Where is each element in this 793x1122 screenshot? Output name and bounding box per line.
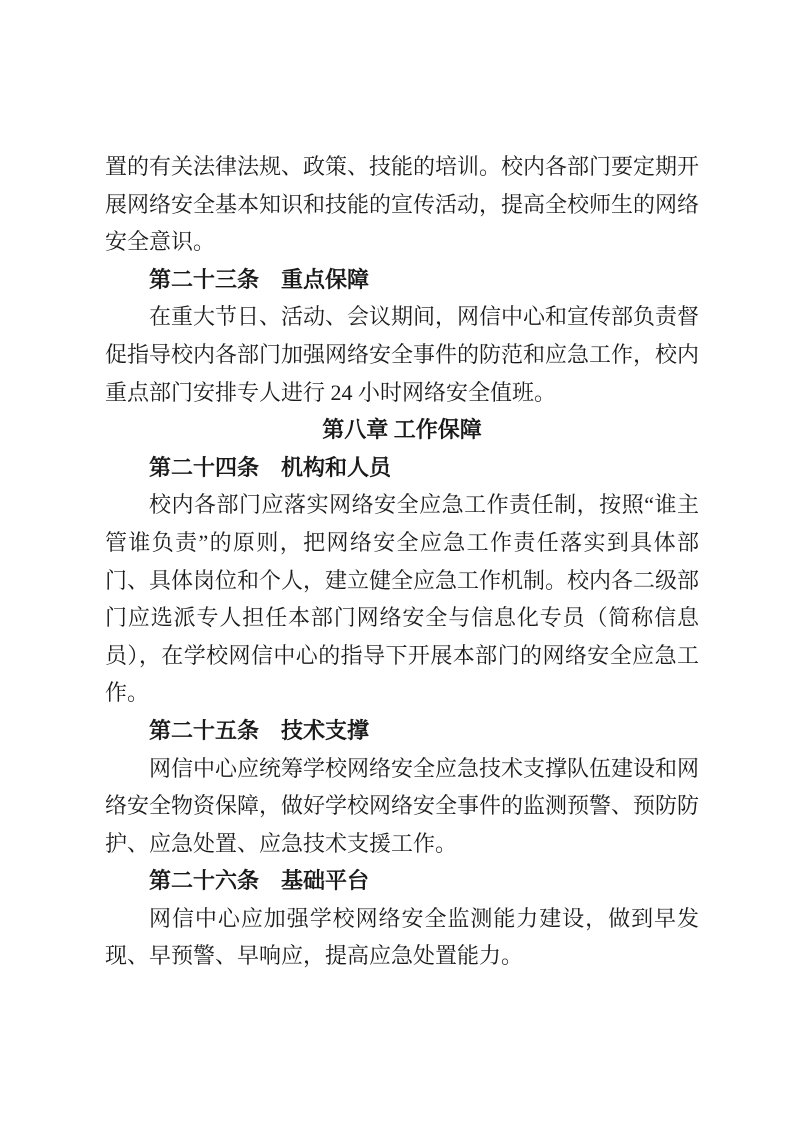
article-24-paragraph: 校内各部门应落实网络安全应急工作责任制，按照“谁主管谁负责”的原则，把网络安全应… [105,486,699,712]
article-heading-24: 第二十四条 机构和人员 [105,449,699,487]
chapter-8-heading: 第八章 工作保障 [105,411,699,449]
paragraph-continuation: 置的有关法律法规、政策、技能的培训。校内各部门要定期开展网络安全基本知识和技能的… [105,148,699,261]
document-body: 置的有关法律法规、政策、技能的培训。校内各部门要定期开展网络安全基本知识和技能的… [105,148,699,975]
article-heading-25: 第二十五条 技术支撑 [105,712,699,750]
article-25-paragraph: 网信中心应统筹学校网络安全应急技术支撑队伍建设和网络安全物资保障，做好学校网络安… [105,750,699,863]
article-heading-23: 第二十三条 重点保障 [105,261,699,299]
article-26-paragraph: 网信中心应加强学校网络安全监测能力建设，做到早发现、早预警、早响应，提高应急处置… [105,900,699,975]
article-23-paragraph: 在重大节日、活动、会议期间，网信中心和宣传部负责督促指导校内各部门加强网络安全事… [105,298,699,411]
document-page: 置的有关法律法规、政策、技能的培训。校内各部门要定期开展网络安全基本知识和技能的… [0,0,793,1122]
article-heading-26: 第二十六条 基础平台 [105,862,699,900]
